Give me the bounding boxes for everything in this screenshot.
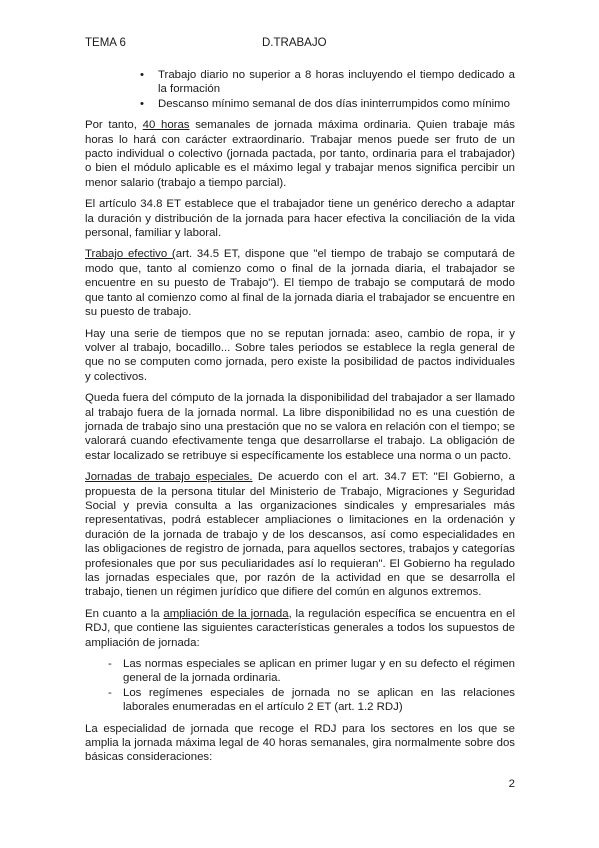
document-page: TEMA 6 D.TRABAJO • Trabajo diario no sup…: [0, 0, 599, 848]
bullet-list: • Trabajo diario no superior a 8 horas i…: [85, 68, 515, 111]
list-item-text: Las normas especiales se aplican en prim…: [123, 658, 515, 684]
bullet-icon: •: [140, 68, 144, 82]
paragraph-ampliacion-jornada: En cuanto a la ampliación de la jornada,…: [85, 607, 515, 650]
paragraph-articulo-34-8: El artículo 34.8 ET establece que el tra…: [85, 197, 515, 240]
list-item: • Descanso mínimo semanal de dos días in…: [85, 97, 515, 111]
list-item: • Trabajo diario no superior a 8 horas i…: [85, 68, 515, 97]
paragraph-especialidad-rdj: La especialidad de jornada que recoge el…: [85, 722, 515, 765]
list-item: - Las normas especiales se aplican en pr…: [85, 657, 515, 686]
dash-icon: -: [108, 657, 112, 671]
page-number: 2: [509, 778, 515, 790]
footer: 2: [85, 777, 515, 791]
paragraph-tiempos-no-jornada: Hay una serie de tiempos que no se reput…: [85, 327, 515, 385]
list-item-text: Descanso mínimo semanal de dos días inin…: [158, 98, 510, 110]
page-header: TEMA 6 D.TRABAJO: [0, 37, 599, 51]
paragraph-trabajo-efectivo: Trabajo efectivo (art. 34.5 ET, dispone …: [85, 247, 515, 319]
list-item: - Los regímenes especiales de jornada no…: [85, 686, 515, 715]
document-body: • Trabajo diario no superior a 8 horas i…: [85, 68, 515, 791]
paragraph-disponibilidad: Queda fuera del cómputo de la jornada la…: [85, 391, 515, 463]
dash-list: - Las normas especiales se aplican en pr…: [85, 657, 515, 715]
list-item-text: Los regímenes especiales de jornada no s…: [123, 687, 515, 713]
dash-icon: -: [108, 686, 112, 700]
header-tema: TEMA 6: [85, 37, 126, 49]
paragraph-jornada-maxima: Por tanto, 40 horas semanales de jornada…: [85, 118, 515, 190]
bullet-icon: •: [140, 97, 144, 111]
paragraph-jornadas-especiales: Jornadas de trabajo especiales. De acuer…: [85, 470, 515, 600]
header-subject: D.TRABAJO: [262, 37, 327, 49]
list-item-text: Trabajo diario no superior a 8 horas inc…: [158, 69, 515, 95]
